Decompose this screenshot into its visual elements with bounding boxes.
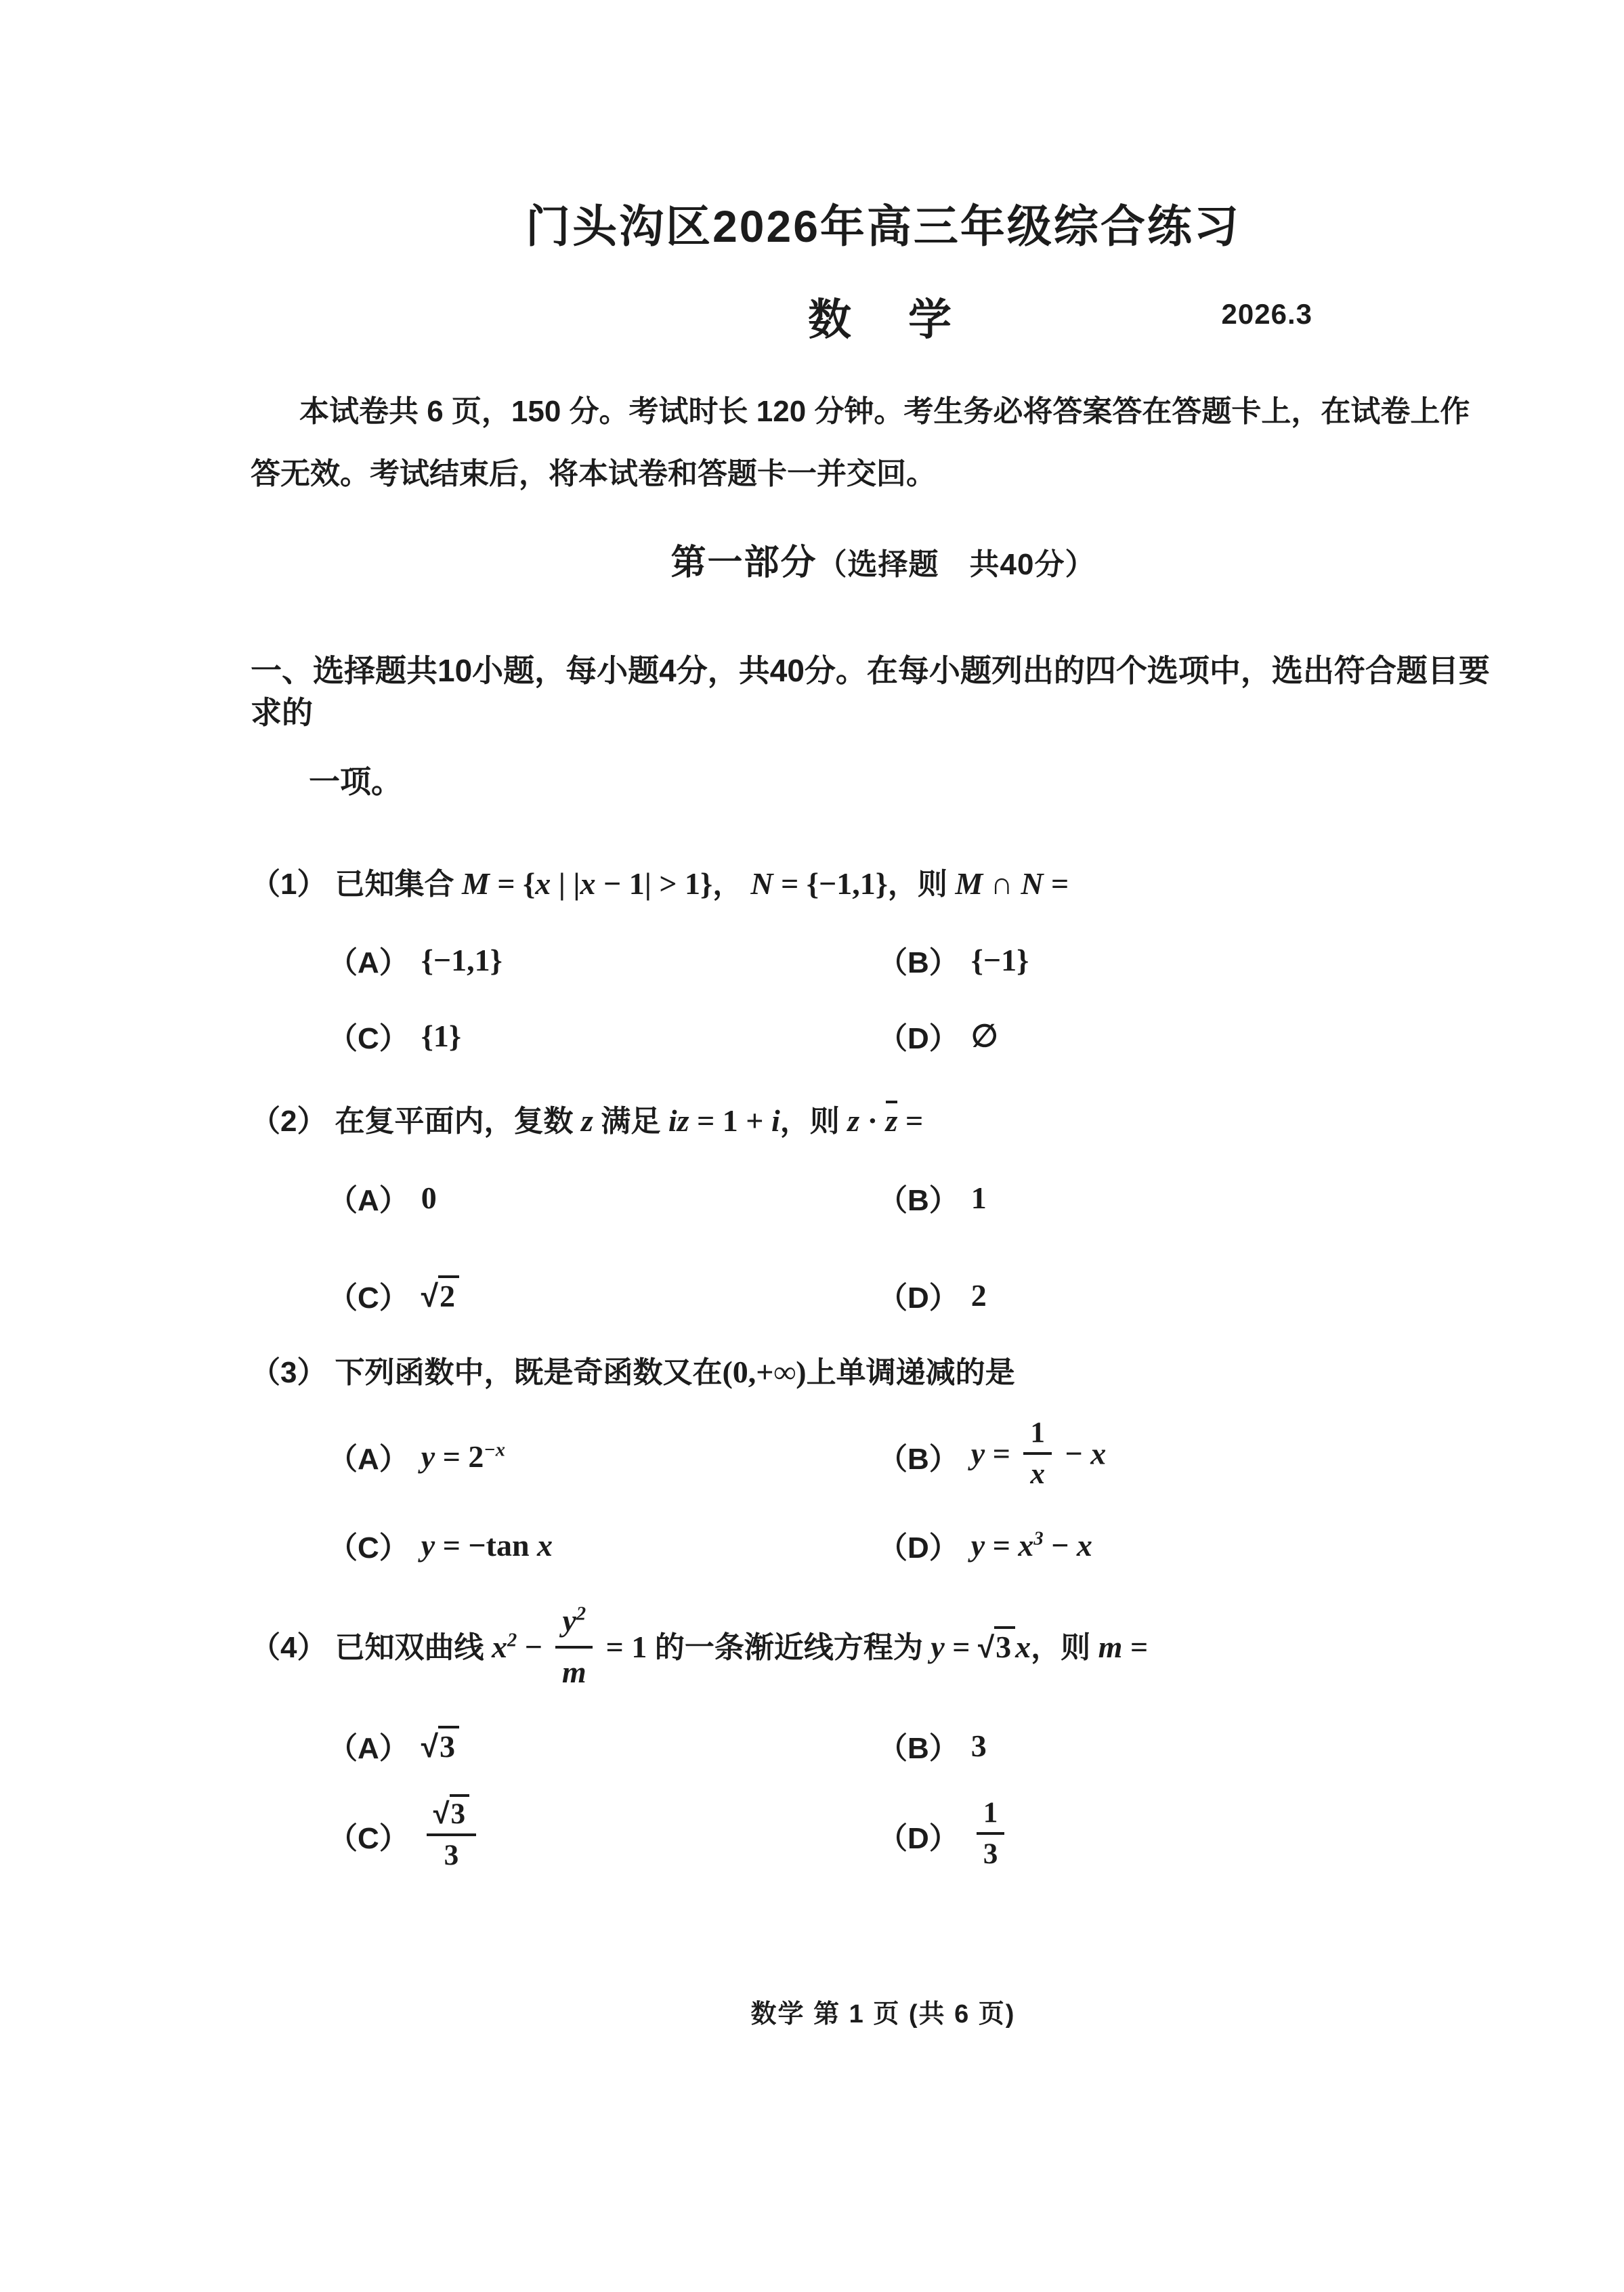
math-token: 2	[971, 1278, 987, 1313]
option-value: y = x3 − x	[971, 1527, 1092, 1563]
question-3-option-a: （A） y = 2−x	[328, 1435, 878, 1478]
math-token: 3	[983, 1838, 998, 1870]
option-value: 2	[971, 1277, 987, 1313]
option-label: （D）	[878, 1523, 959, 1567]
radical-sign: √	[421, 1277, 438, 1314]
math-token: y	[971, 1437, 985, 1471]
option-label: （B）	[878, 1435, 959, 1478]
option-label: （B）	[878, 1176, 959, 1219]
exam-instructions-line2: 答无效。考试结束后，将本试卷和答题卡一并交回。	[251, 443, 1516, 505]
math-token: =	[897, 1103, 923, 1138]
exam-date: 2026.3	[1222, 287, 1312, 341]
option-value: √2	[421, 1275, 459, 1314]
math-token: 3	[440, 1729, 455, 1764]
math-fraction: 1x	[1023, 1416, 1052, 1491]
question-2-option-c: （C） √2	[328, 1273, 878, 1317]
question-2-options-row2: （C） √2 （D） 2	[251, 1273, 1516, 1317]
fraction-numerator: 1	[977, 1796, 1005, 1835]
math-token: x	[535, 866, 551, 901]
option-value: {1}	[421, 1017, 461, 1054]
question-1-option-c: （C） {1}	[328, 1014, 878, 1057]
option-value: 1	[971, 1179, 987, 1216]
math-token: 3	[444, 1839, 459, 1871]
part1-subtitle: （选择题 共40分）	[817, 548, 1096, 581]
option-value: y = 2−x	[421, 1438, 505, 1474]
radical-sign: √	[433, 1798, 450, 1831]
option-label: （D）	[878, 1273, 959, 1317]
math-radical: √3	[978, 1626, 1015, 1669]
question-3: （3）下列函数中，既是奇函数又在(0,+∞)上单调递减的是 （A） y = 2−…	[251, 1351, 1516, 1567]
question-4-number: （4）	[251, 1631, 326, 1664]
math-token: ·	[859, 1103, 885, 1138]
option-label: （A）	[328, 1176, 409, 1219]
question-4: （4）已知双曲线 x2 − y2m = 1 的一条渐近线方程为 y = √3x，…	[251, 1602, 1516, 1875]
math-token: {−1}	[971, 943, 1029, 977]
exam-content: 门头沟区2026年高三年级综合练习 数 学 2026.3 本试卷共 6 页，15…	[0, 0, 1624, 1875]
question-3-option-c: （C） y = −tan x	[328, 1523, 878, 1567]
math-fraction: 13	[977, 1796, 1005, 1871]
math-token: − 1| > 1}	[596, 866, 713, 901]
question-3-option-d: （D） y = x3 − x	[878, 1523, 1516, 1567]
question-3-number: （3）	[251, 1356, 326, 1389]
question-3-stem: （3）下列函数中，既是奇函数又在(0,+∞)上单调递减的是	[251, 1351, 1516, 1394]
math-radical: √3	[433, 1794, 469, 1831]
math-token: y	[421, 1439, 435, 1474]
question-2-option-d: （D） 2	[878, 1273, 1516, 1317]
option-label: （C）	[328, 1814, 409, 1857]
option-label: （C）	[328, 1014, 409, 1057]
question-3-options-row2: （C） y = −tan x （D） y = x3 − x	[251, 1523, 1516, 1567]
math-token: x	[1090, 1437, 1106, 1471]
math-token: 上单调递减的是	[807, 1356, 1015, 1389]
math-token: M	[947, 866, 983, 901]
math-token: 已知双曲线	[335, 1631, 484, 1664]
math-token: 3	[451, 1798, 466, 1830]
exam-instructions: 本试卷共 6 页，150 分。考试时长 120 分钟。考生务必将答案答在答题卡上…	[251, 381, 1516, 505]
question-1-stem-math: 已知集合 M = {x | |x − 1| > 1}， N = {−1,1}，则…	[335, 868, 1069, 901]
part1-title: 第一部分	[671, 543, 817, 582]
option-value: ∅	[971, 1017, 998, 1054]
option-label: （C）	[328, 1523, 409, 1567]
math-token: 3	[996, 1630, 1011, 1664]
option-value: y = −tan x	[421, 1527, 553, 1563]
math-token: −	[1044, 1528, 1077, 1563]
math-token: 0	[421, 1181, 437, 1215]
fraction-numerator: √3	[427, 1794, 476, 1836]
question-1-option-a: （A） {−1,1}	[328, 938, 878, 981]
math-token: 1	[983, 1796, 998, 1829]
math-token: x	[1030, 1458, 1045, 1490]
math-token: z	[840, 1103, 859, 1138]
math-token: x	[537, 1528, 553, 1563]
math-token: {1}	[421, 1019, 461, 1053]
fraction-numerator: 1	[1023, 1416, 1052, 1455]
math-token: z	[573, 1103, 601, 1138]
question-2-stem: （2）在复平面内，复数 z 满足 iz = 1 + i，则 z · z =	[251, 1099, 1516, 1143]
math-token: =	[1044, 866, 1069, 901]
exam-instructions-line1: 本试卷共 6 页，150 分。考试时长 120 分钟。考生务必将答案答在答题卡上…	[251, 381, 1516, 443]
part1-heading: 第一部分（选择题 共40分）	[251, 542, 1516, 586]
option-label: （A）	[328, 1435, 409, 1478]
option-value: 3	[971, 1727, 987, 1764]
question-1-options-row2: （C） {1} （D） ∅	[251, 1014, 1516, 1057]
option-value: √3	[421, 1726, 459, 1764]
question-2: （2）在复平面内，复数 z 满足 iz = 1 + i，则 z · z = （A…	[251, 1099, 1516, 1316]
math-token: x3	[1018, 1528, 1043, 1563]
math-token: {−1,1}	[421, 943, 503, 977]
question-4-options-row1: （A） √3 （B） 3	[251, 1724, 1516, 1767]
math-token: =	[985, 1528, 1018, 1563]
fraction-denominator: 3	[427, 1836, 476, 1872]
math-fraction: y2m	[555, 1599, 593, 1694]
math-token: ，则	[888, 868, 947, 901]
math-token: 已知集合	[335, 868, 454, 901]
math-token: −	[517, 1630, 550, 1664]
math-token: 的一条渐近线方程为	[655, 1631, 923, 1664]
radical-sign: √	[421, 1728, 438, 1764]
question-4-options-row2: （C） √33 （D） 13	[251, 1797, 1516, 1875]
radicand: 3	[438, 1726, 459, 1764]
math-token: N	[1021, 866, 1043, 901]
question-4-option-c: （C） √33	[328, 1797, 878, 1875]
option-label: （C）	[328, 1273, 409, 1317]
radicand: 3	[994, 1626, 1015, 1665]
math-token: = −tan	[435, 1528, 537, 1563]
math-token: =	[985, 1437, 1018, 1471]
math-token: | |	[551, 866, 580, 901]
math-token: ，则	[780, 1105, 840, 1138]
math-token: = {	[490, 866, 535, 901]
math-token: 满足	[601, 1105, 660, 1138]
math-fraction: √33	[427, 1794, 476, 1872]
option-value: y = 1x − x	[971, 1418, 1106, 1493]
fraction-denominator: x	[1023, 1455, 1052, 1491]
math-superscript: 3	[1033, 1529, 1043, 1550]
question-4-stem: （4）已知双曲线 x2 − y2m = 1 的一条渐近线方程为 y = √3x，…	[251, 1602, 1516, 1697]
option-value: 13	[971, 1798, 1010, 1873]
math-token: ，	[712, 868, 750, 901]
fraction-denominator: m	[555, 1649, 593, 1694]
question-4-option-b: （B） 3	[878, 1724, 1516, 1767]
section1-instruction-line1: 一、选择题共10小题，每小题4分，共40分。在每小题列出的四个选项中，选出符合题…	[251, 650, 1516, 734]
option-label: （D）	[878, 1814, 959, 1857]
page-footer: 数学 第 1 页 (共 6 页)	[251, 1993, 1516, 2030]
question-3-stem-math: 下列函数中，既是奇函数又在(0,+∞)上单调递减的是	[335, 1356, 1014, 1389]
math-token: z	[886, 1101, 898, 1137]
question-2-option-b: （B） 1	[878, 1176, 1516, 1219]
fraction-numerator: y2	[555, 1599, 593, 1648]
question-1-option-d: （D） ∅	[878, 1014, 1516, 1057]
math-token: =	[945, 1630, 978, 1664]
exam-subject-row: 数 学 2026.3	[251, 293, 1516, 347]
question-2-options-row1: （A） 0 （B） 1	[251, 1176, 1516, 1219]
option-label: （A）	[328, 938, 409, 981]
math-token: m	[562, 1655, 586, 1689]
question-1-number: （1）	[251, 868, 326, 901]
math-superscript: 2	[507, 1630, 517, 1651]
math-radical: √2	[421, 1275, 459, 1314]
option-value: 0	[421, 1179, 437, 1216]
exam-title: 门头沟区2026年高三年级综合练习	[251, 0, 1516, 255]
math-token: i	[771, 1103, 780, 1138]
math-token: M	[454, 866, 489, 901]
math-token: = 1	[598, 1630, 655, 1664]
math-token: =	[1122, 1630, 1148, 1664]
math-token: N	[750, 866, 773, 901]
exam-subject: 数 学	[808, 295, 958, 344]
option-label: （D）	[878, 1014, 959, 1057]
math-radical: √3	[421, 1726, 459, 1764]
radical-sign: √	[978, 1627, 994, 1669]
question-1-stem: （1）已知集合 M = {x | |x − 1| > 1}， N = {−1,1…	[251, 862, 1516, 906]
question-4-stem-math: 已知双曲线 x2 − y2m = 1 的一条渐近线方程为 y = √3x，则 m…	[335, 1631, 1148, 1664]
math-token: = 1 +	[689, 1103, 771, 1138]
question-4-option-d: （D） 13	[878, 1798, 1516, 1873]
question-1-options-row1: （A） {−1,1} （B） {−1}	[251, 938, 1516, 981]
math-token: 1	[971, 1181, 987, 1215]
question-3-option-b: （B） y = 1x − x	[878, 1418, 1516, 1493]
exam-page: 门头沟区2026年高三年级综合练习 数 学 2026.3 本试卷共 6 页，15…	[0, 0, 1624, 2292]
math-token: 2	[440, 1279, 455, 1313]
math-token: m	[1090, 1630, 1122, 1664]
math-token: x	[1077, 1528, 1092, 1563]
math-superscript: 2	[576, 1604, 586, 1625]
math-token: −	[1057, 1437, 1090, 1471]
option-label: （B）	[878, 1724, 959, 1767]
math-token: iz	[660, 1103, 689, 1138]
option-value: √33	[421, 1797, 482, 1875]
math-token: ∩	[983, 866, 1021, 901]
math-token: = {−1,1}	[773, 866, 888, 901]
math-token: y2	[562, 1603, 586, 1638]
fraction-denominator: 3	[977, 1835, 1005, 1871]
option-label: （A）	[328, 1724, 409, 1767]
math-superscript: −x	[484, 1439, 505, 1460]
question-4-option-a: （A） √3	[328, 1724, 878, 1767]
option-label: （B）	[878, 938, 959, 981]
radicand: 2	[438, 1275, 459, 1314]
math-token: 2−x	[468, 1439, 505, 1474]
question-1: （1）已知集合 M = {x | |x − 1| > 1}， N = {−1,1…	[251, 862, 1516, 1057]
radicand: 3	[450, 1794, 470, 1830]
math-token: x	[580, 866, 596, 901]
section1-instruction-line2: 一项。	[251, 761, 1516, 803]
math-token: ，则	[1031, 1631, 1090, 1664]
math-token: 在复平面内，复数	[335, 1105, 573, 1138]
math-token: 下列函数中，既是奇函数又在	[335, 1356, 722, 1389]
math-token: y	[923, 1630, 945, 1664]
math-token: x	[1015, 1630, 1031, 1664]
question-2-option-a: （A） 0	[328, 1176, 878, 1219]
option-value: {−1}	[971, 941, 1029, 978]
question-3-options-row1: （A） y = 2−x （B） y = 1x − x	[251, 1418, 1516, 1493]
math-token: ∅	[971, 1019, 998, 1053]
math-token: 3	[971, 1728, 987, 1763]
question-2-number: （2）	[251, 1105, 326, 1138]
math-token: (0,+∞)	[722, 1355, 806, 1389]
question-1-option-b: （B） {−1}	[878, 938, 1516, 981]
math-token: y	[971, 1528, 985, 1563]
math-token: 1	[1030, 1416, 1045, 1449]
question-2-stem-math: 在复平面内，复数 z 满足 iz = 1 + i，则 z · z =	[335, 1105, 923, 1138]
option-value: {−1,1}	[421, 941, 503, 978]
math-token: =	[435, 1439, 468, 1474]
section1-instruction: 一、选择题共10小题，每小题4分，共40分。在每小题列出的四个选项中，选出符合题…	[251, 650, 1516, 803]
math-token: x2	[484, 1630, 517, 1664]
math-token: y	[421, 1528, 435, 1563]
